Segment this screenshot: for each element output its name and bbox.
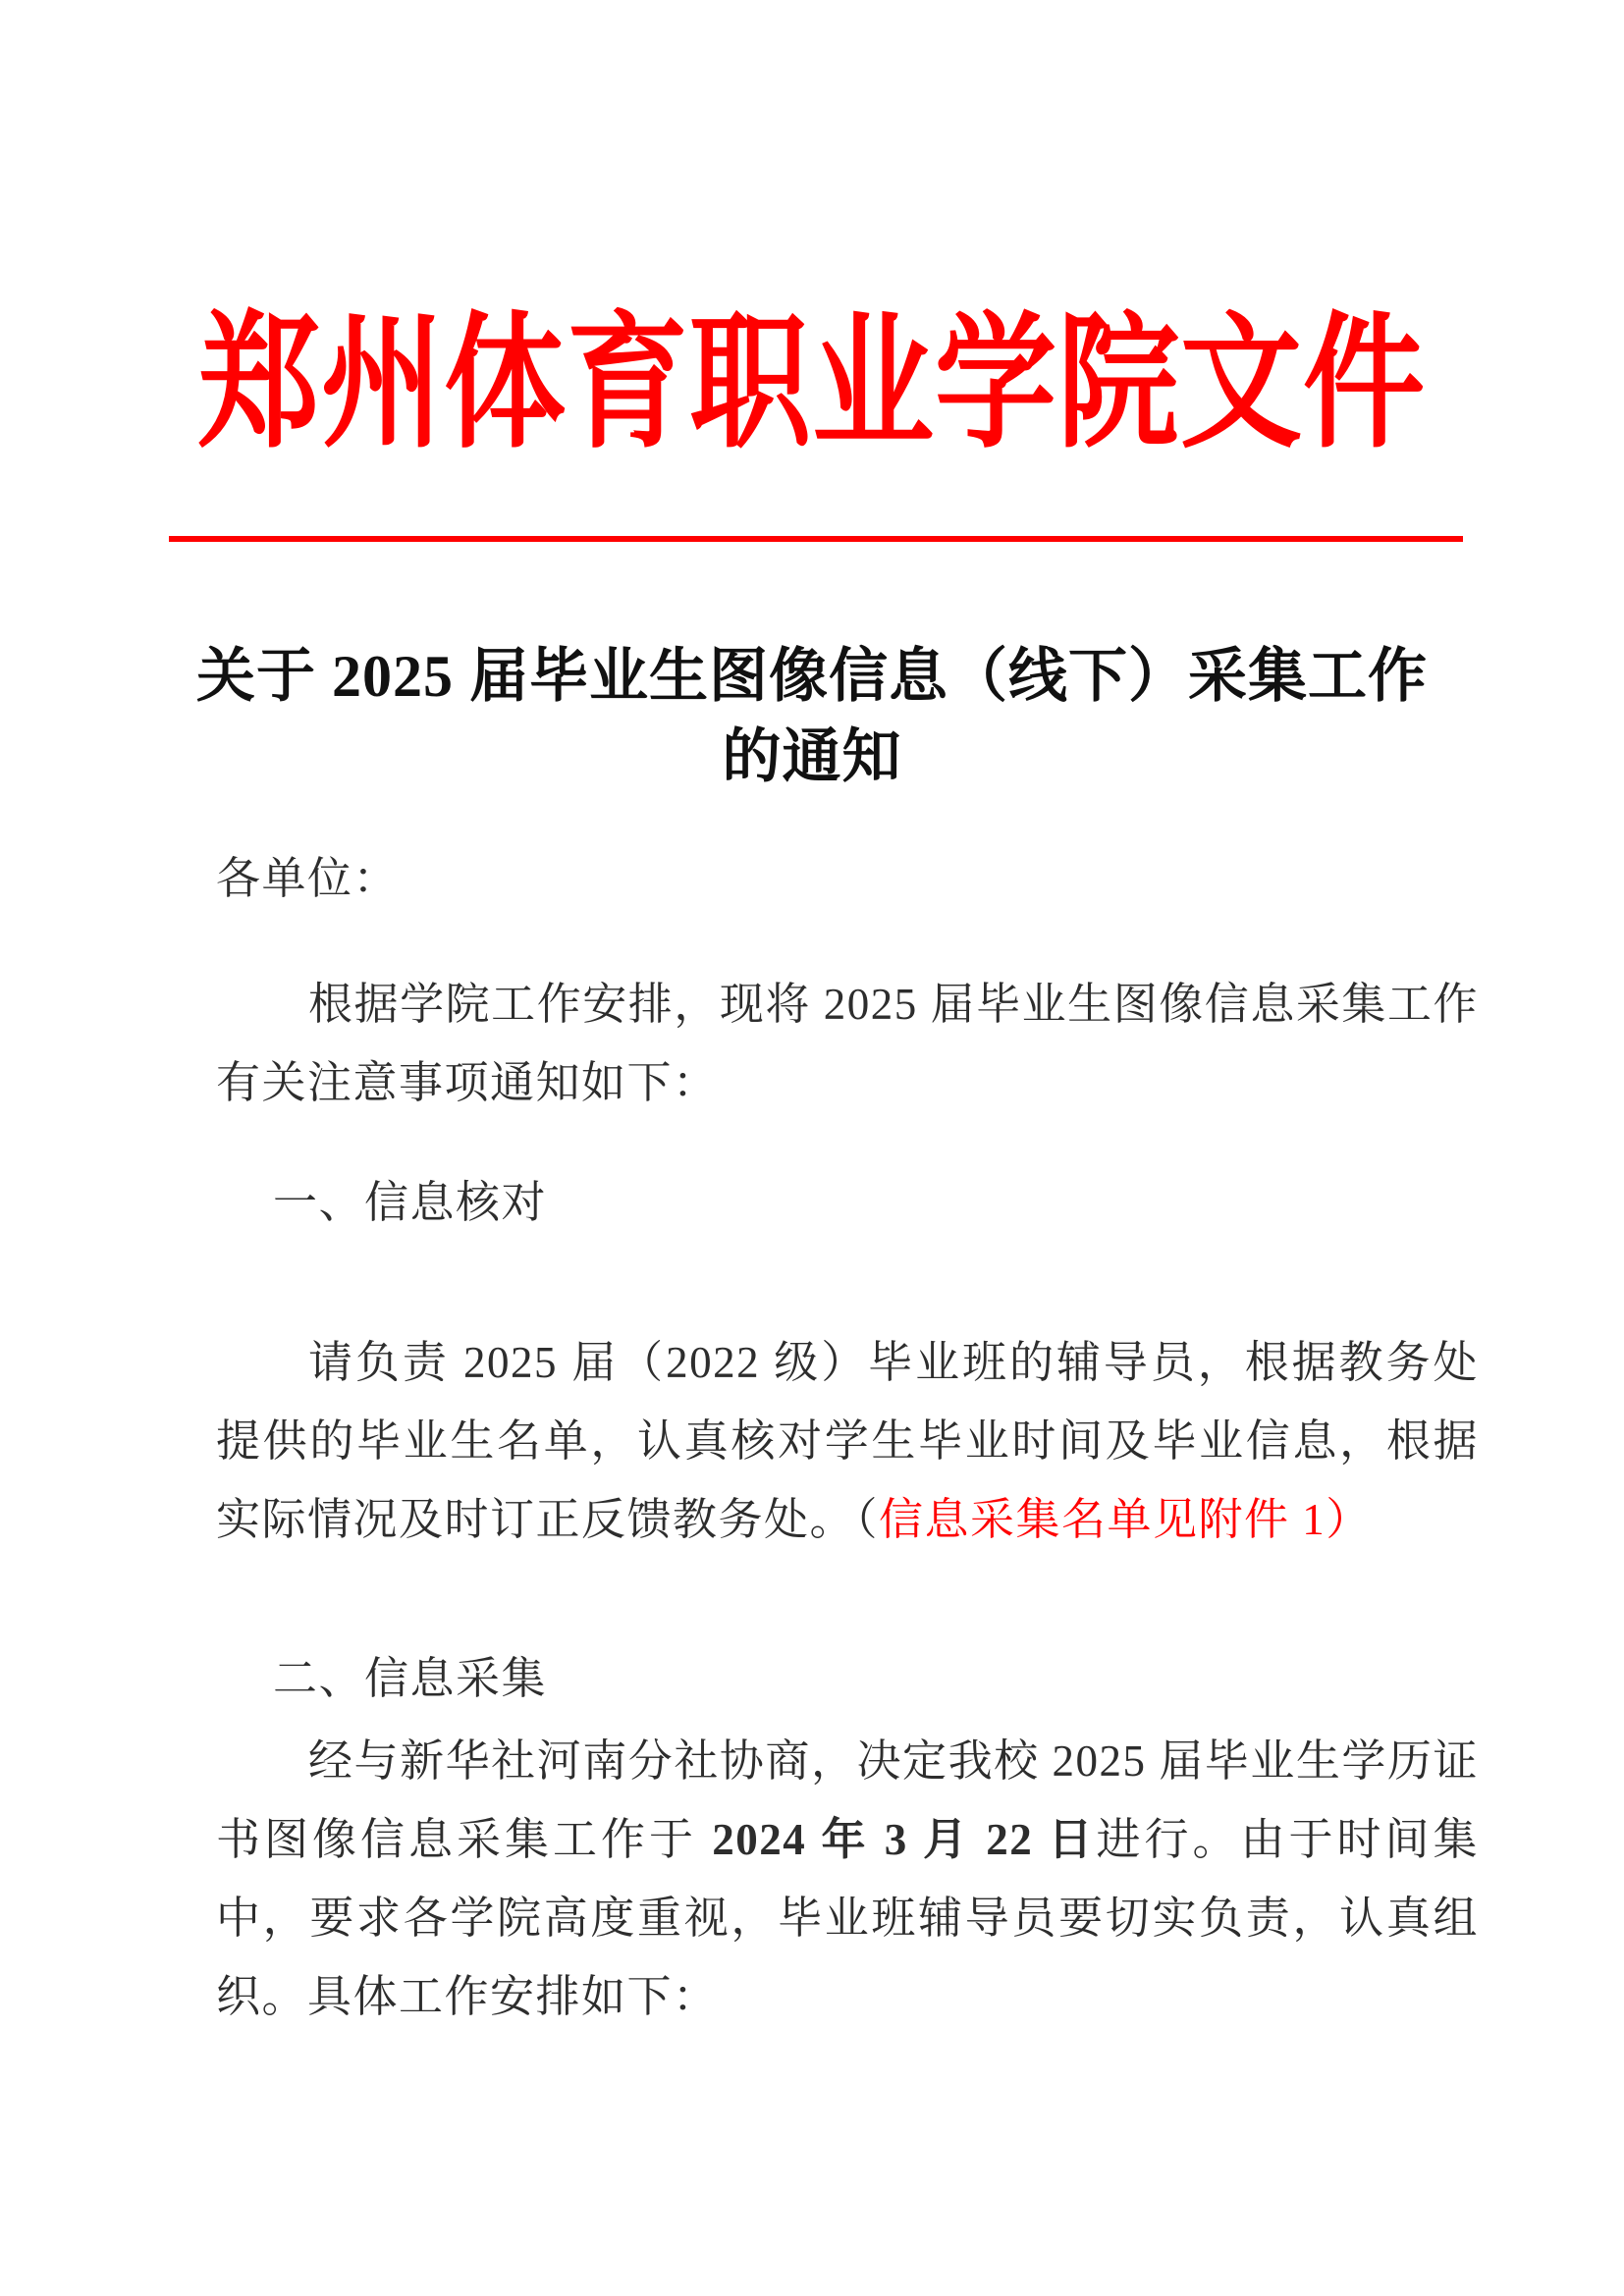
doc-header-banner: 郑州体育职业学院文件 bbox=[0, 312, 1624, 434]
intro-paragraph: 根据学院工作安排，现将 2025 届毕业生图像信息采集工作有关注意事项通知如下： bbox=[216, 965, 1479, 1122]
doc-title-line1: 关于 2025 届毕业生图像信息（线下）采集工作 bbox=[0, 636, 1624, 717]
salutation: 各单位： bbox=[216, 839, 399, 918]
document-page: 郑州体育职业学院文件 关于 2025 届毕业生图像信息（线下）采集工作 的通知 … bbox=[0, 0, 1624, 2296]
doc-title-line2: 的通知 bbox=[0, 717, 1624, 797]
doc-header-title: 郑州体育职业学院文件 bbox=[198, 312, 1426, 458]
doc-title: 关于 2025 届毕业生图像信息（线下）采集工作 的通知 bbox=[0, 636, 1624, 797]
section1-paragraph: 请负责 2025 届（2022 级）毕业班的辅导员，根据教务处提供的毕业生名单，… bbox=[216, 1323, 1479, 1559]
section1-heading: 一、信息核对 bbox=[273, 1163, 547, 1242]
section1-attachment-note: 信息采集名单见附件 1） bbox=[879, 1495, 1372, 1544]
red-divider-line bbox=[169, 536, 1463, 542]
section2-heading: 二、信息采集 bbox=[273, 1639, 547, 1718]
section2-collection-date: 2024 年 3 月 22 日 bbox=[712, 1815, 1096, 1864]
section2-paragraph: 经与新华社河南分社协商，决定我校 2025 届毕业生学历证书图像信息采集工作于 … bbox=[216, 1722, 1479, 2036]
